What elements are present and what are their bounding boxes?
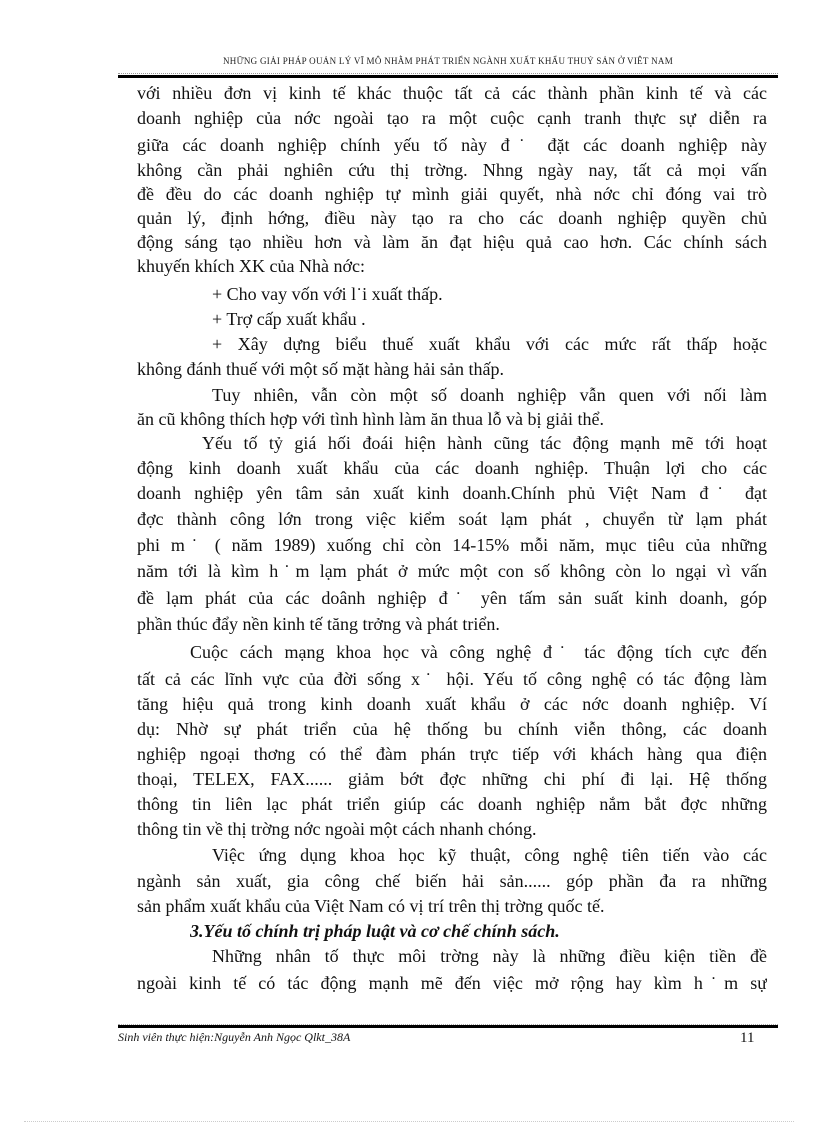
body-line: phần thúc đẩy nền kinh tế tăng trởng và … xyxy=(137,612,767,636)
body-line: nghiệp ngoại thơng có thể đàm phán trực … xyxy=(137,742,767,766)
body-line: khuyến khích XK của Nhà nớc: xyxy=(137,254,767,278)
body-line: Yếu tố tỷ giá hối đoái hiện hành cũng tá… xyxy=(202,431,767,455)
body-line: không cần phải nghiên cứu thị trờng. Nhn… xyxy=(137,158,767,182)
body-line: tăng hiệu quả trong kinh doanh xuất khẩu… xyxy=(137,692,767,716)
body-line: sản phẩm xuất khẩu của Việt Nam có vị tr… xyxy=(137,894,767,918)
page-number: 11 xyxy=(740,1030,754,1047)
section-heading: 3.Yếu tố chính trị pháp luật và cơ chế c… xyxy=(190,919,767,943)
body-line: ngoài kinh tế có tác động mạnh mẽ đến vi… xyxy=(137,971,767,995)
document-page: NHỮNG GIẢI PHÁP QUẢN LÝ VĨ MÔ NHẰM PHÁT … xyxy=(0,0,816,1123)
bullet-item: + Trợ cấp xuất khẩu . xyxy=(212,307,767,331)
body-line: Tuy nhiên, vẫn còn một số doanh nghiệp v… xyxy=(212,383,767,407)
header-rule xyxy=(118,75,778,78)
body-line: ngành sản xuất, gia công chế biến hải sả… xyxy=(137,869,767,893)
body-line: với nhiều đơn vị kinh tế khác thuộc tất … xyxy=(137,81,767,105)
body-line: đợc thành công lớn trong việc kiểm soát … xyxy=(137,507,767,531)
body-line: ăn cũ không thích hợp với tình hình làm … xyxy=(137,407,767,431)
body-line: thông tin liên lạc phát triển giúp các d… xyxy=(137,792,767,816)
body-line: doanh nghiệp yên tâm sản xuất kinh doanh… xyxy=(137,481,767,505)
running-header-title: NHỮNG GIẢI PHÁP QUẢN LÝ VĨ MÔ NHẰM PHÁT … xyxy=(118,50,778,64)
body-line: Cuộc cách mạng khoa học và công nghệ đ˙ … xyxy=(190,640,767,664)
body-line: dụ: Nhờ sự phát triển của hệ thống bu ch… xyxy=(137,717,767,741)
body-line: đề đều do các doanh nghiệp tự mình giải … xyxy=(137,182,767,206)
body-line: tất cả các lĩnh vực của đời sống x˙ hội.… xyxy=(137,667,767,691)
bullet-item: + Xây dựng biểu thuế xuất khẩu với các m… xyxy=(212,332,767,356)
body-line: phi m˙ ( năm 1989) xuống chỉ còn 14-15% … xyxy=(137,533,767,557)
body-line: không đánh thuế với một số mặt hàng hải … xyxy=(137,357,767,381)
body-line: năm tới là kìm h˙m lạm phát ở mức một co… xyxy=(137,559,767,583)
body-line: đề lạm phát của các doânh nghiệp đ˙ yên … xyxy=(137,586,767,610)
body-line: động kinh doanh xuất khẩu của các doanh … xyxy=(137,456,767,480)
page-bottom-border xyxy=(24,1121,794,1122)
footer-author: Sinh viên thực hiện:Nguyễn Anh Ngọc Qlkt… xyxy=(118,1030,350,1045)
footer-rule xyxy=(118,1025,778,1028)
bullet-item: + Cho vay vốn với l˙i xuất thấp. xyxy=(212,282,767,306)
body-line: giữa các doanh nghiệp chính yếu tố này đ… xyxy=(137,133,767,157)
body-line: Những nhân tố thực môi trờng này là nhữn… xyxy=(212,944,767,968)
body-line: quản lý, định hớng, điều này tạo ra cho … xyxy=(137,206,767,230)
body-line: doanh nghiệp của nớc ngoài tạo ra một cu… xyxy=(137,106,767,130)
body-line: thông tin về thị trờng nớc ngoài một các… xyxy=(137,817,767,841)
body-line: thoại, TELEX, FAX...... giảm bớt đợc nhữ… xyxy=(137,767,767,791)
body-line: Việc ứng dụng khoa học kỹ thuật, công ng… xyxy=(212,843,767,867)
body-line: động sáng tạo nhiều hơn và làm ăn đạt hi… xyxy=(137,230,767,254)
